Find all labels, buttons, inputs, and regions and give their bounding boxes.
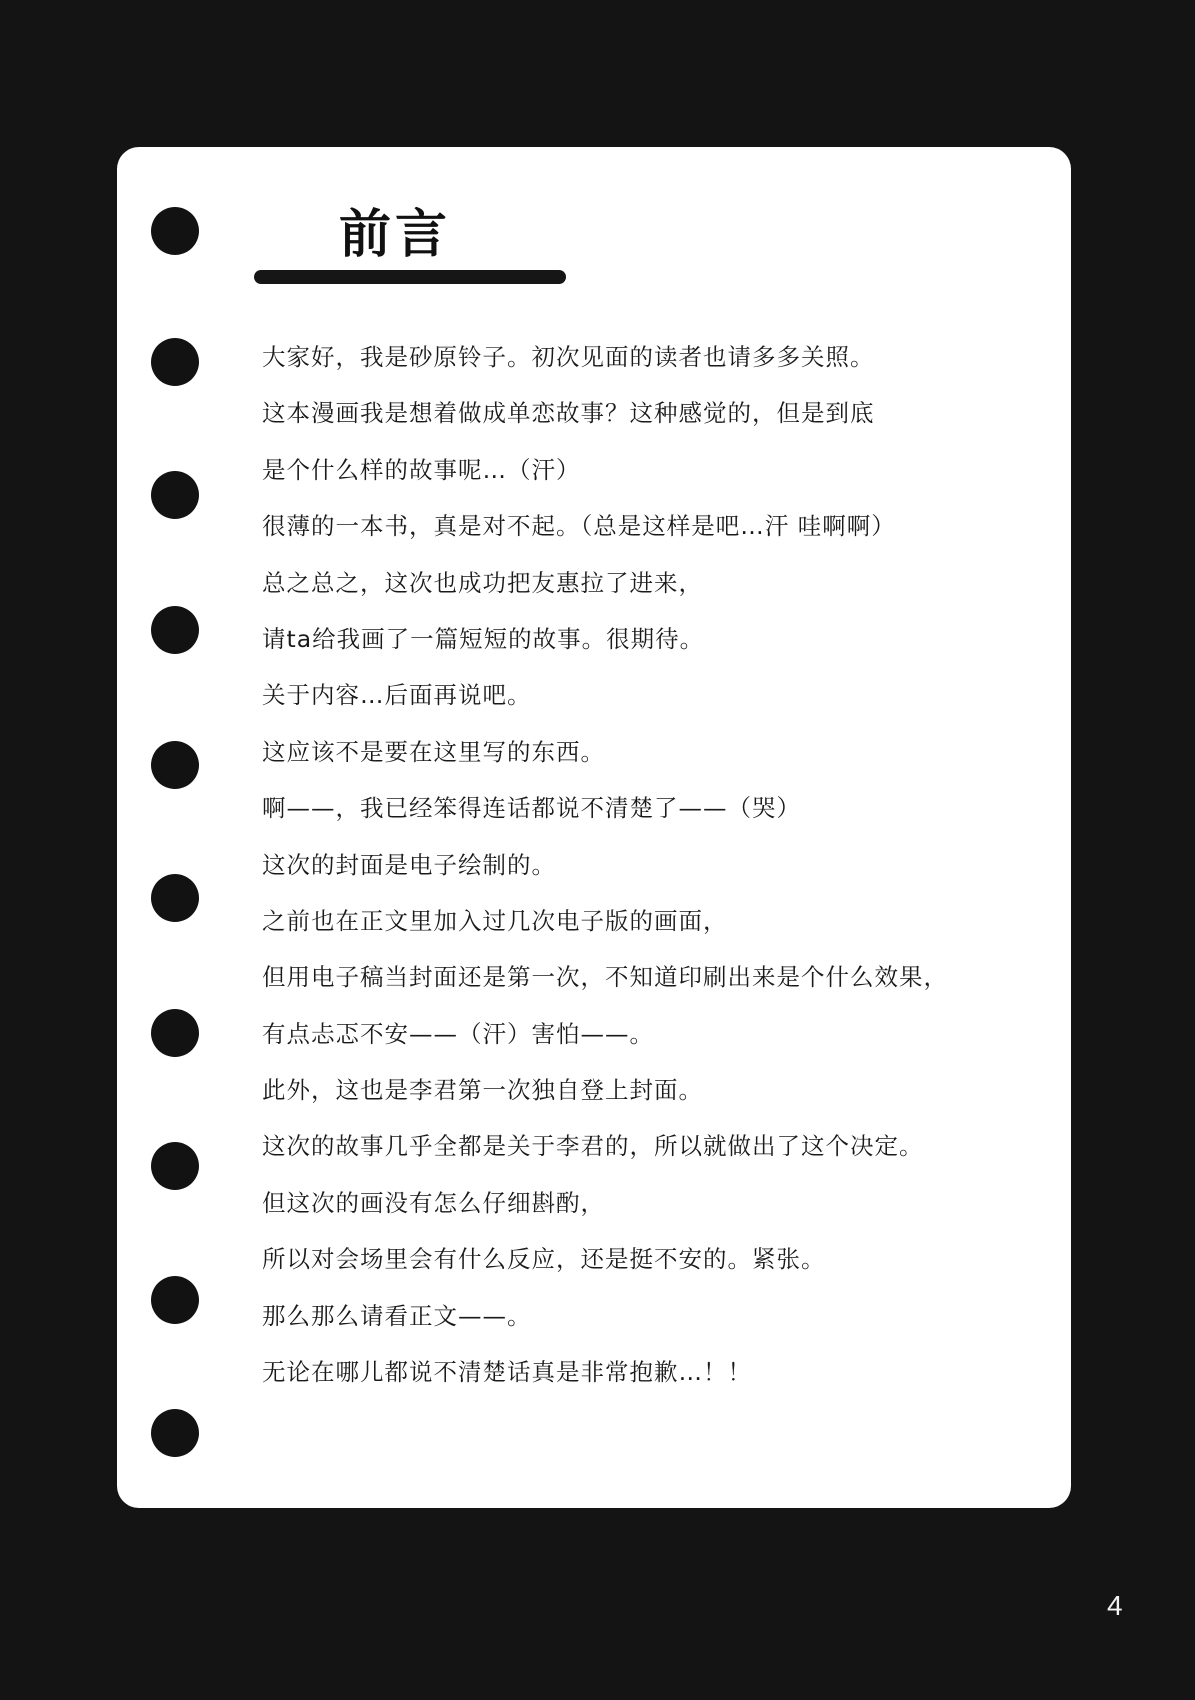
binder-hole-icon [151, 207, 199, 255]
text-line: 关于内容…后面再说吧。 [262, 667, 948, 723]
text-line: 但这次的画没有怎么仔细斟酌， [262, 1175, 948, 1231]
preface-text: 大家好，我是砂原铃子。初次见面的读者也请多多关照。 这本漫画我是想着做成单恋故事… [262, 329, 948, 1400]
binder-hole-icon [151, 874, 199, 922]
binder-hole-icon [151, 1276, 199, 1324]
binder-hole-icon [151, 606, 199, 654]
text-line: 之前也在正文里加入过几次电子版的画面， [262, 893, 948, 949]
text-line: 这次的封面是电子绘制的。 [262, 837, 948, 893]
binder-hole-icon [151, 1009, 199, 1057]
notebook-page: 前言 大家好，我是砂原铃子。初次见面的读者也请多多关照。 这本漫画我是想着做成单… [117, 147, 1071, 1508]
page-number: 4 [1107, 1590, 1123, 1622]
text-line: 无论在哪儿都说不清楚话真是非常抱歉…！！ [262, 1344, 948, 1400]
text-line: 大家好，我是砂原铃子。初次见面的读者也请多多关照。 [262, 329, 948, 385]
text-line: 这次的故事几乎全都是关于李君的，所以就做出了这个决定。 [262, 1118, 948, 1174]
text-line: 有点忐忑不安——（汗）害怕——。 [262, 1006, 948, 1062]
text-line: 那么那么请看正文——。 [262, 1288, 948, 1344]
text-line: 总之总之，这次也成功把友惠拉了进来， [262, 555, 948, 611]
text-line: 所以对会场里会有什么反应，还是挺不安的。紧张。 [262, 1231, 948, 1287]
text-line: 但用电子稿当封面还是第一次，不知道印刷出来是个什么效果， [262, 949, 948, 1005]
binder-hole-icon [151, 1142, 199, 1190]
text-line: 请ta给我画了一篇短短的故事。很期待。 [262, 611, 948, 667]
title-underline [254, 270, 566, 284]
text-line: 这应该不是要在这里写的东西。 [262, 724, 948, 780]
text-line: 很薄的一本书，真是对不起。（总是这样是吧…汗 哇啊啊） [262, 498, 948, 554]
binder-hole-icon [151, 1409, 199, 1457]
text-line: 啊——，我已经笨得连话都说不清楚了——（哭） [262, 780, 948, 836]
binder-hole-icon [151, 338, 199, 386]
binder-hole-icon [151, 741, 199, 789]
text-line: 这本漫画我是想着做成单恋故事？这种感觉的，但是到底 [262, 385, 948, 441]
text-line: 是个什么样的故事呢…（汗） [262, 442, 948, 498]
text-line: 此外，这也是李君第一次独自登上封面。 [262, 1062, 948, 1118]
binder-hole-icon [151, 471, 199, 519]
page-title: 前言 [339, 209, 451, 261]
